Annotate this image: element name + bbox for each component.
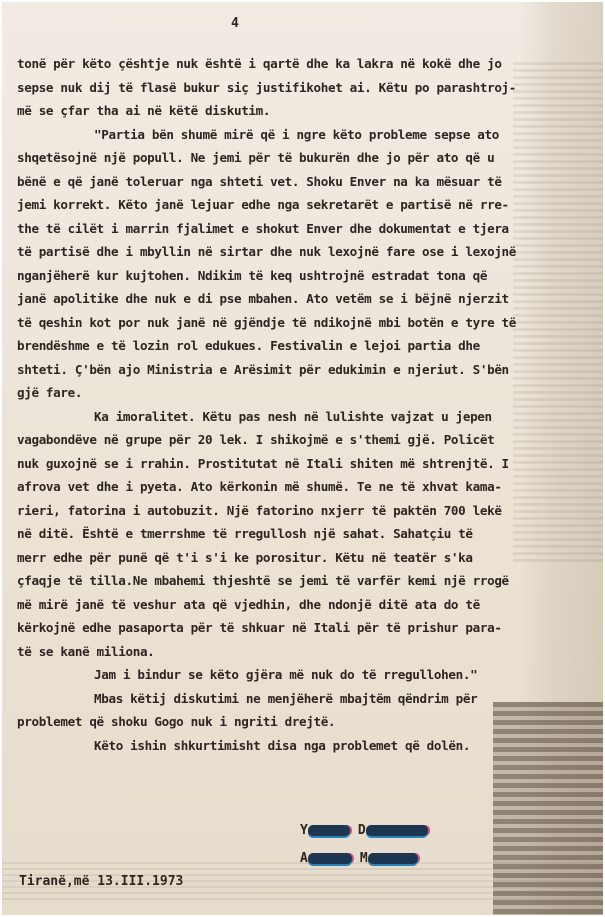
text-line: nganjëherë kur kujtohen. Ndikim të keq u… xyxy=(17,264,593,288)
text-line: sepse nuk dij të flasë bukur siç justifi… xyxy=(17,76,593,100)
redaction-mark xyxy=(308,853,352,864)
page-number: 4 xyxy=(231,16,239,31)
signature-last-initial: M xyxy=(360,851,368,866)
text-line: afrova vet dhe i pyeta. Ato kërkonin më … xyxy=(17,475,593,499)
text-line: kërkojnë edhe pasaporta për të shkuar në… xyxy=(17,616,593,640)
text-line: më mirë janë të veshur ata që vjedhin, d… xyxy=(17,593,593,617)
text-line: the të cilët i marrin fjalimet e shokut … xyxy=(17,217,593,241)
signature-row: YD xyxy=(300,817,428,845)
signature-last-initial: D xyxy=(358,823,366,838)
text-line: Mbas këtij diskutimi ne menjëherë mbajtë… xyxy=(17,687,593,711)
text-line: brendëshme e të lozin rol edukues. Festi… xyxy=(17,334,593,358)
text-line: merr edhe për punë që t'i s'i ke porosit… xyxy=(17,546,593,570)
text-line: të se kanë miliona. xyxy=(17,640,593,664)
text-line: jemi korrekt. Këto janë lejuar edhe nga … xyxy=(17,193,593,217)
text-line: rieri, fatorina i autobuzit. Një fatorin… xyxy=(17,499,593,523)
signature-first-initial: A xyxy=(300,851,308,866)
text-line: tonë për këto çështje nuk është i qartë … xyxy=(17,52,593,76)
signature-row: AM xyxy=(300,845,428,873)
date-line: Tiranë,më 13.III.1973 xyxy=(19,874,183,889)
text-line: bënë e që janë toleruar nga shteti vet. … xyxy=(17,170,593,194)
text-line: të qeshin kot por nuk janë në gjëndje të… xyxy=(17,311,593,335)
text-line: "Partia bën shumë mirë që i ngre këto pr… xyxy=(17,123,593,147)
document-page: 4 tonë për këto çështje nuk është i qart… xyxy=(2,2,603,915)
text-line: në ditë. Është e tmerrshme të rregullosh… xyxy=(17,522,593,546)
text-line: më se çfar tha ai në këtë diskutim. xyxy=(17,99,593,123)
redaction-mark xyxy=(366,825,428,836)
text-line: gjë fare. xyxy=(17,381,593,405)
text-line: Ka imoralitet. Këtu pas nesh në lulishte… xyxy=(17,405,593,429)
text-line: vagabondëve në grupe për 20 lek. I shiko… xyxy=(17,428,593,452)
text-line: nuk guxojnë se i rrahin. Prostitutat në … xyxy=(17,452,593,476)
typewritten-body: tonë për këto çështje nuk është i qartë … xyxy=(17,52,593,757)
text-line: të partisë dhe i mbyllin në sirtar dhe n… xyxy=(17,240,593,264)
text-line: Jam i bindur se këto gjëra më nuk do të … xyxy=(17,663,593,687)
redaction-mark xyxy=(368,853,418,864)
text-line: janë apolitike dhe nuk e di pse mbahen. … xyxy=(17,287,593,311)
signature-first-initial: Y xyxy=(300,823,308,838)
redaction-mark xyxy=(308,825,350,836)
text-line: problemet që shoku Gogo nuk i ngriti dre… xyxy=(17,710,593,734)
text-line: shteti. Ç'bën ajo Ministria e Arësimit p… xyxy=(17,358,593,382)
text-line: Këto ishin shkurtimisht disa nga problem… xyxy=(17,734,593,758)
signature-block: YDAM xyxy=(300,817,428,873)
text-line: çfaqje të tilla.Ne mbahemi thjeshtë se j… xyxy=(17,569,593,593)
text-line: shqetësojnë një popull. Ne jemi për të b… xyxy=(17,146,593,170)
